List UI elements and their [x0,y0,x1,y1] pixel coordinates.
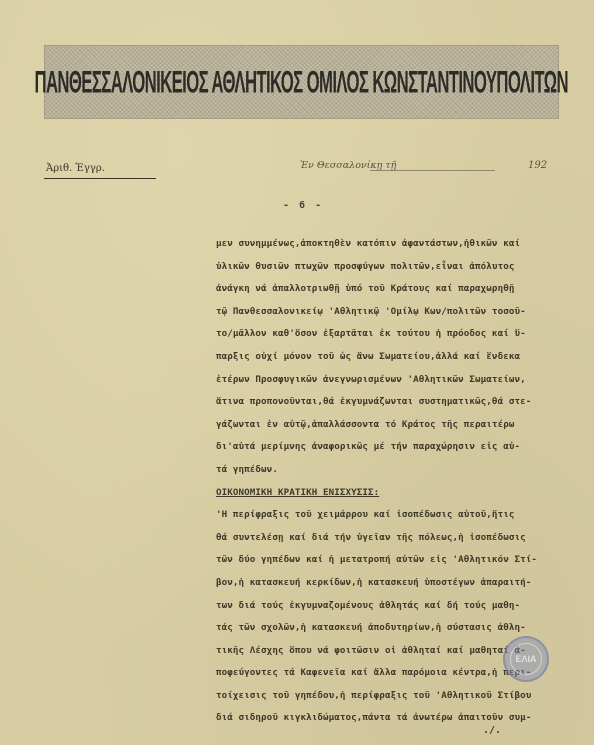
text-line: τῷ Πανθεσσαλονικείῳ 'Αθλητικῷ 'Ομίλῳ Κων… [216,301,586,324]
text-line: μεν συνημμένως,ἀποκτηθὲν κατόπιν ἀφαντάσ… [216,233,586,256]
text-line: ἀνάγκη νά ἀπαλλοτριωθῇ ὑπό τοῦ Κράτους κ… [216,278,586,301]
text-line: ὑλικῶν θυσιῶν πτωχῶν προσφύγων πολιτῶν,ε… [216,256,586,279]
archive-stamp-icon: ΕΛΙΑ [503,636,549,682]
registry-number-line [44,178,156,179]
stamp-text: ΕΛΙΑ [510,643,542,675]
letterhead-banner: ΠΑΝΘΕΣΣΑΛΟΝΙΚΕΙΟΣ ΑΘΛΗΤΙΚΟΣ ΟΜΙΛΟΣ ΚΩΝΣΤ… [44,45,559,119]
text-line: δι'αὐτά μερίμνης ἀναφορικῶς μέ τήν παραχ… [216,436,586,459]
text-line: των διά τούς ἐκγυμναζομένους ἀθλητάς καί… [216,595,586,618]
year-label: 192 [528,160,547,171]
text-line: διά σιδηροῦ κιγκλιδώματος,πάντα τά ἀνωτέ… [216,707,586,730]
section-heading: ΟΙΚΟΝΟΜΙΚΗ ΚΡΑΤΙΚΗ ΕΝΙΣΧΥΣΙΣ: [216,482,586,505]
date-line [370,170,495,171]
text-line: γάζωνται ἐν αὐτῷ,ἀπαλλάσσοντα τό Κράτος … [216,414,586,437]
text-line: παρξις οὐχί μόνον τοῦ ὡς ἄνω Σωματείου,ἀ… [216,346,586,369]
text-line: θά συντελέσῃ καί διά τήν ὑγεῖαν τῆς πόλε… [216,527,586,550]
text-line: βον,ἡ κατασκευή κερκίδων,ἡ κατασκευή ὑπο… [216,572,586,595]
text-line: ἅτινα προπονοῦνται,θά ἐκγυμνάζωνται συστ… [216,391,586,414]
text-line: το/μᾶλλον καθ'ὅσον ἐξαρτᾶται ἐκ τούτου ἡ… [216,323,586,346]
text-line: τοίχεισις τοῦ γηπέδου,ἡ περίφραξις τοῦ '… [216,685,586,708]
text-line: τῶν δύο γηπέδων καί ἡ μετατροπή αὐτῶν εἰ… [216,549,586,572]
continuation-mark: ./. [483,725,501,736]
registry-number-label: Ἀριθ. Ἐγγρ. [46,163,105,174]
letterhead-title: ΠΑΝΘΕΣΣΑΛΟΝΙΚΕΙΟΣ ΑΘΛΗΤΙΚΟΣ ΟΜΙΛΟΣ ΚΩΝΣΤ… [35,64,568,100]
text-line: ἑτέρων Προσφυγικῶν ἀνεγνωρισμένων 'Αθλητ… [216,369,586,392]
page-number: - 6 - [283,200,323,211]
text-line: τά γηπέδων. [216,459,586,482]
text-line: 'Η περίφραξις τοῦ χειμάρρου καί ἰσοπέδωσ… [216,504,586,527]
